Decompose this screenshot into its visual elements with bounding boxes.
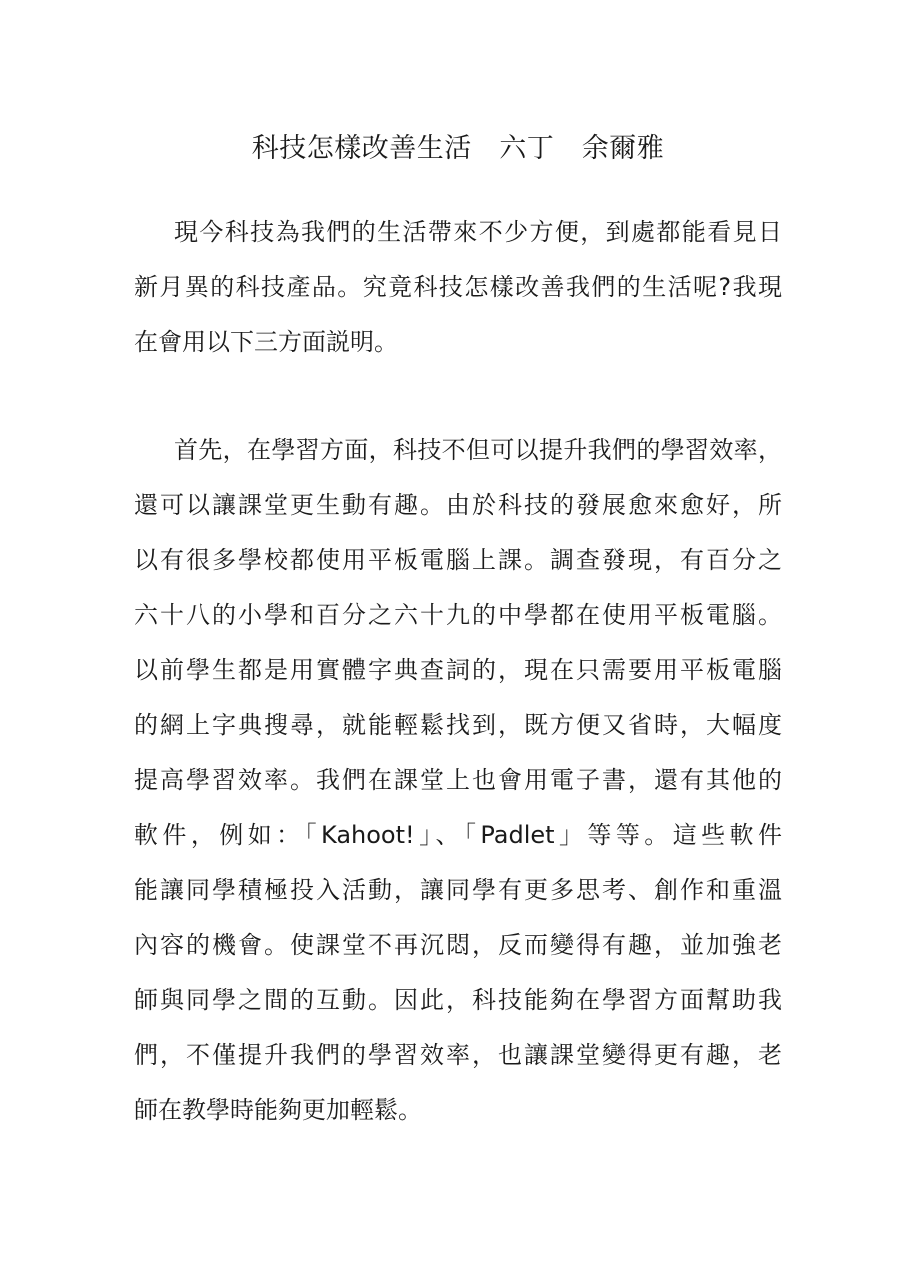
text-line: 以有很多學校都使用平板電腦上課。調查發現，有百分之 [134,533,782,588]
text-line: 的網上字典搜尋，就能輕鬆找到，既方便又省時，大幅度 [134,698,782,753]
essay-body: 現今科技為我們的生活帶來不少方便，到處都能看見日新月異的科技產品。究竟科技怎樣改… [134,205,782,1138]
document-content: 科技怎樣改善生活 六丁 余爾雅 現今科技為我們的生活帶來不少方便，到處都能看見日… [134,0,782,1138]
text-line: 現今科技為我們的生活帶來不少方便，到處都能看見日 [134,205,782,260]
text-line: 六十八的小學和百分之六十九的中學都在使用平板電腦。 [134,588,782,643]
essay-title: 科技怎樣改善生活 六丁 余爾雅 [134,121,782,176]
text-line: 新月異的科技產品。究竟科技怎樣改善我們的生活呢?我現 [134,260,782,315]
document-page: 科技怎樣改善生活 六丁 余爾雅 現今科技為我們的生活帶來不少方便，到處都能看見日… [0,0,905,1280]
text-line: 師與同學之間的互動。因此，科技能夠在學習方面幫助我 [134,973,782,1028]
text-line: 在會用以下三方面説明。 [134,315,782,370]
text-line: 提高學習效率。我們在課堂上也會用電子書，還有其他的 [134,753,782,808]
text-line: 師在教學時能夠更加輕鬆。 [134,1083,782,1138]
text-line: 軟件，例如：「Kahoot!」、「Padlet」等等。這些軟件 [134,808,782,863]
text-line: 還可以讓課堂更生動有趣。由於科技的發展愈來愈好，所 [134,478,782,533]
paragraph: 現今科技為我們的生活帶來不少方便，到處都能看見日新月異的科技產品。究竟科技怎樣改… [134,205,782,370]
text-line: 內容的機會。使課堂不再沉悶，反而變得有趣，並加強老 [134,918,782,973]
text-line: 首先，在學習方面，科技不但可以提升我們的學習效率， [134,423,782,478]
text-line: 能讓同學積極投入活動，讓同學有更多思考、創作和重溫 [134,863,782,918]
paragraph: 首先，在學習方面，科技不但可以提升我們的學習效率，還可以讓課堂更生動有趣。由於科… [134,423,782,1138]
text-line: 們，不僅提升我們的學習效率，也讓課堂變得更有趣，老 [134,1028,782,1083]
text-line: 以前學生都是用實體字典查詞的，現在只需要用平板電腦 [134,643,782,698]
